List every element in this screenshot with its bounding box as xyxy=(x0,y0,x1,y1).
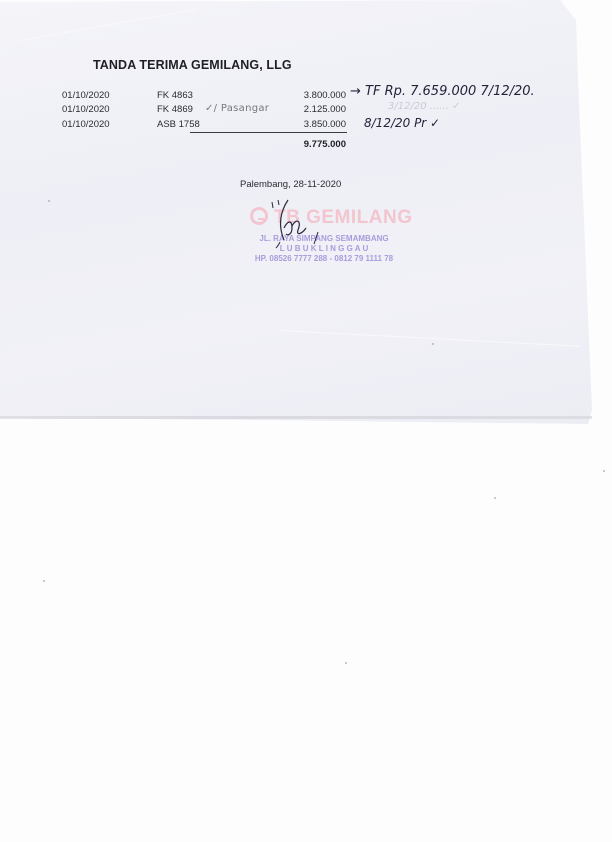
signature-icon xyxy=(258,198,338,253)
scan-speck xyxy=(494,497,496,499)
sum-underline xyxy=(190,132,347,133)
row-date: 01/10/2020 xyxy=(62,119,110,130)
row-amount: 3.850.000 xyxy=(304,119,346,130)
paper-torn-edge xyxy=(0,416,592,419)
row-date: 01/10/2020 xyxy=(62,90,110,101)
scan-speck xyxy=(432,343,434,345)
receipt-row: 01/10/2020 ASB 1758 3.850.000 xyxy=(0,119,360,133)
row-date: 01/10/2020 xyxy=(62,104,110,115)
stamp-phone: HP. 08526 7777 288 - 0812 79 1111 78 xyxy=(244,254,404,263)
scan-speck xyxy=(43,580,45,582)
total-amount: 9.775.000 xyxy=(290,139,346,150)
row-amount: 2.125.000 xyxy=(304,104,346,115)
row-invoice: FK 4863 xyxy=(157,90,193,101)
row-amount: 3.800.000 xyxy=(304,90,346,101)
receipt-row: 01/10/2020 FK 4869 2.125.000 xyxy=(0,104,360,118)
handwritten-struck-note: 3/12/20 ...... ✓ xyxy=(388,101,460,112)
handwritten-transfer-note: → TF Rp. 7.659.000 7/12/20. xyxy=(350,84,535,99)
row-invoice: FK 4869 xyxy=(157,104,193,115)
receipt-row: 01/10/2020 FK 4863 3.800.000 xyxy=(0,90,360,104)
place-date: Palembang, 28-11-2020 xyxy=(240,179,341,190)
handwritten-payment-note: 8/12/20 Pr ✓ xyxy=(364,116,440,130)
handwritten-side-note: ✓/ Pasangar xyxy=(205,103,269,114)
scan-speck xyxy=(603,470,605,472)
document-title: TANDA TERIMA GEMILANG, LLG xyxy=(93,58,292,72)
row-invoice: ASB 1758 xyxy=(157,119,200,130)
scan-speck xyxy=(345,662,347,664)
scan-speck xyxy=(48,200,50,202)
